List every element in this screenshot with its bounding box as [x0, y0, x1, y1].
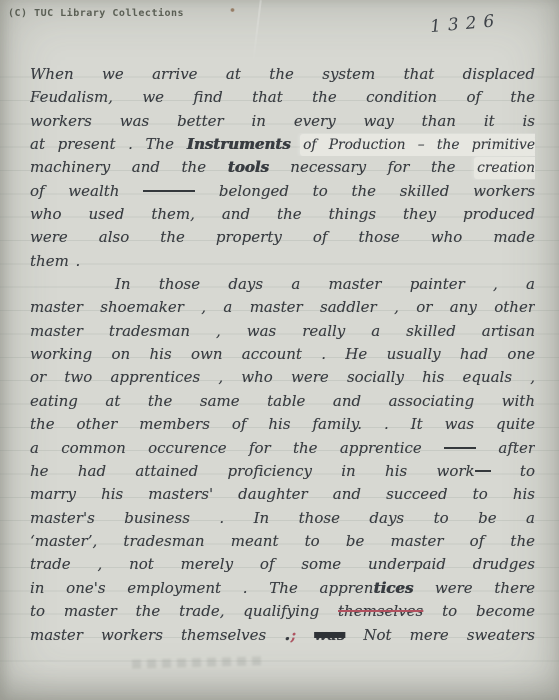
manuscript-line: workers was better in every way than it …	[30, 110, 535, 133]
inked-dash	[444, 447, 476, 449]
manuscript-line: a common occurence for the apprentice af…	[30, 437, 535, 460]
manuscript-line: them .	[30, 250, 535, 273]
inked-dash	[475, 470, 491, 472]
watermark-label: (C) TUC Library Collections	[8, 8, 184, 19]
handwriting-segment: Instruments	[187, 135, 291, 153]
handwriting-segment: ‘master’, tradesman meant to be master o…	[30, 532, 535, 550]
handwriting-segment: Not mere sweaters	[345, 626, 535, 644]
manuscript-line: master tradesman , was really a skilled …	[30, 320, 535, 343]
paper-crease	[252, 0, 262, 62]
handwriting-segment: were also the property of those who made	[30, 228, 535, 246]
faint-pencil-mark	[132, 656, 264, 668]
inked-dash	[143, 190, 195, 192]
handwriting-segment: machinery and the	[30, 158, 228, 176]
handwriting-segment: he had attained proficiency in his work	[30, 462, 475, 480]
handwriting-segment: master's business . In those days to be …	[30, 509, 535, 527]
handwriting-segment: master workers themselves	[30, 626, 284, 644]
page-number: 1326	[429, 11, 502, 37]
handwriting-segment: to master the trade, qualifying	[30, 602, 338, 620]
manuscript-line: working on his own account . He usually …	[30, 343, 535, 366]
handwriting-segment: of Production – the primitive	[303, 137, 535, 153]
handwriting-segment: of wealth	[30, 182, 143, 200]
handwriting-segment: them .	[30, 252, 80, 270]
manuscript-line: master's business . In those days to be …	[30, 507, 535, 530]
manuscript-line: the other members of his family. . It wa…	[30, 413, 535, 436]
handwriting-segment: In those days a master painter , a	[115, 275, 535, 293]
handwriting-segment: creation	[477, 160, 535, 176]
handwriting-segment: were there	[413, 579, 535, 597]
manuscript-line: were also the property of those who made	[30, 226, 535, 249]
handwriting-segment: themselves	[338, 602, 423, 620]
handwriting-segment: trade , not merely of some underpaid dru…	[30, 555, 535, 573]
manuscript-line: at present . The Instruments of Producti…	[30, 133, 535, 156]
handwriting-segment: working on his own account . He usually …	[30, 345, 535, 363]
manuscript-line: trade , not merely of some underpaid dru…	[30, 553, 535, 576]
manuscript-line: of wealth belonged to the skilled worker…	[30, 180, 535, 203]
handwriting-segment	[290, 135, 303, 153]
handwriting-segment: or two apprentices , who were socially h…	[30, 368, 535, 386]
handwriting-segment: to	[491, 462, 535, 480]
manuscript-line: machinery and the tools necessary for th…	[30, 156, 535, 179]
handwriting-segment: master shoemaker , a master saddler , or…	[30, 298, 535, 316]
manuscript-line: or two apprentices , who were socially h…	[30, 366, 535, 389]
handwriting-segment: tices	[373, 579, 413, 597]
paper-stain	[230, 8, 235, 12]
manuscript-line: When we arrive at the system that displa…	[30, 63, 535, 86]
handwriting-segment: belonged to the skilled workers	[195, 182, 535, 200]
manuscript-lines: When we arrive at the system that displa…	[30, 63, 535, 647]
handwriting-segment: necessary for the	[269, 158, 477, 176]
handwriting-segment: who used them, and the things they produ…	[30, 205, 535, 223]
manuscript-line: In those days a master painter , a	[30, 273, 535, 296]
handwriting-segment: after	[476, 439, 535, 457]
manuscript-line: in one's employment . The apprentices we…	[30, 577, 535, 600]
manuscript-line: eating at the same table and associating…	[30, 390, 535, 413]
handwriting-segment: to become	[423, 602, 535, 620]
manuscript-line: Feudalism, we find that the condition of…	[30, 86, 535, 109]
handwriting-segment: the other members of his family. . It wa…	[30, 415, 535, 433]
manuscript-page: (C) TUC Library Collections 1326 When we…	[0, 0, 559, 700]
handwriting-segment: master tradesman , was really a skilled …	[30, 322, 535, 340]
manuscript-line: ‘master’, tradesman meant to be master o…	[30, 530, 535, 553]
manuscript-line: marry his masters' daughter and succeed …	[30, 483, 535, 506]
manuscript-line: to master the trade, qualifying themselv…	[30, 600, 535, 623]
handwriting-segment: a common occurence for the apprentice	[30, 439, 444, 457]
handwriting-segment	[296, 626, 314, 644]
handwriting-segment: was	[314, 626, 345, 644]
manuscript-line: master shoemaker , a master saddler , or…	[30, 296, 535, 319]
manuscript-line: he had attained proficiency in his work …	[30, 460, 535, 483]
handwriting-segment: in one's employment . The appren	[30, 579, 373, 597]
handwriting-segment: eating at the same table and associating…	[30, 392, 535, 410]
handwriting-segment: at present . The	[30, 135, 187, 153]
handwriting-segment: Feudalism, we find that the condition of…	[30, 88, 535, 106]
manuscript-line: who used them, and the things they produ…	[30, 203, 535, 226]
handwriting-segment: marry his masters' daughter and succeed …	[30, 485, 535, 503]
handwriting-segment: When we arrive at the system that displa…	[30, 65, 535, 83]
handwriting-segment: tools	[228, 158, 269, 176]
manuscript-line: master workers themselves .; was Not mer…	[30, 623, 535, 646]
handwriting-segment: workers was better in every way than it …	[30, 112, 535, 130]
